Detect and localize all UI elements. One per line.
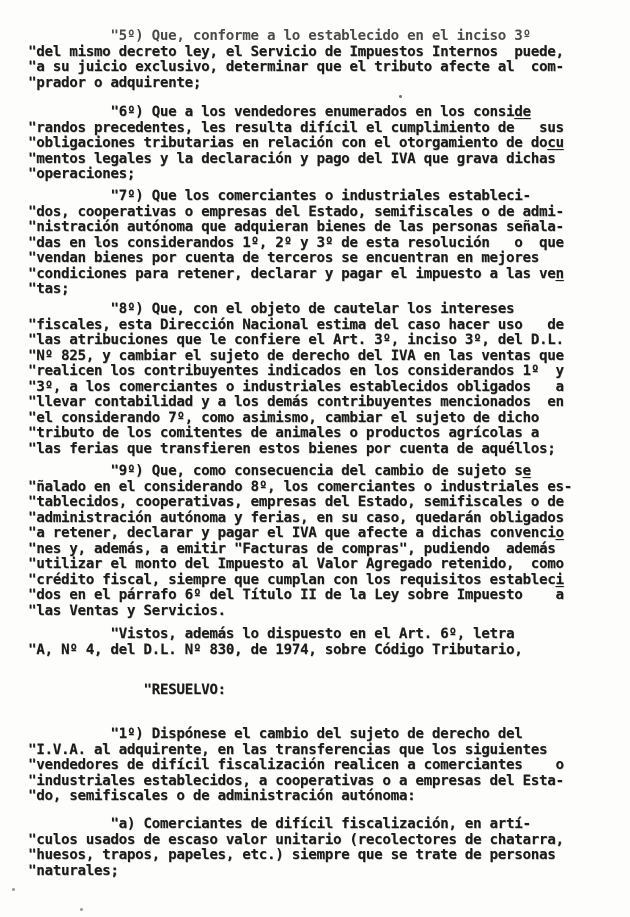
underlined-word-break: i [555, 572, 563, 588]
text-line: "las atribuciones que le confiere el Art… [28, 333, 630, 349]
underlined-word-break: n [555, 266, 563, 282]
text-line: "a su juicio exclusivo, determinar que e… [28, 60, 630, 76]
paragraph-resuelvo-heading: "RESUELVO: [28, 683, 630, 699]
scan-artifact [80, 908, 83, 911]
text-line: "huesos, trapos, papeles, etc.) siempre … [28, 848, 630, 864]
underlined-word-break: cu [547, 135, 563, 151]
paragraph-considerando-5: "5º) Que, conforme a lo establecido en e… [28, 29, 630, 91]
text-line: "do, semifiscales o de administración au… [28, 789, 630, 805]
text-line: "operaciones; [28, 167, 630, 183]
text-line: "a retener, declarar y pagar el IVA que … [28, 526, 630, 542]
text-line: "obligaciones tributarias en relación co… [28, 136, 630, 152]
paragraph-considerando-6: "6º) Que a los vendedores enumerados en … [28, 105, 630, 183]
paragraph-letra-a: "a) Comerciantes de difícil fiscalizació… [28, 817, 630, 879]
text-line: "randos precedentes, les resulta difícil… [28, 121, 630, 137]
text-line: "tas; [28, 282, 630, 298]
underlined-word-break: e [523, 463, 531, 479]
text-line: "3º, a los comerciantes o industriales e… [28, 380, 630, 396]
text-line: "das en los considerandos 1º, 2º y 3º de… [28, 236, 630, 252]
text-line: "mentos legales y la declaración y pago … [28, 152, 630, 168]
text-line: "I.V.A. al adquirente, en las transferen… [28, 743, 630, 759]
text-line: "condiciones para retener, declarar y pa… [28, 267, 630, 283]
text-line: "A, Nº 4, del D.L. Nº 830, de 1974, sobr… [28, 643, 630, 659]
text-line: "1º) Dispónese el cambio del sujeto de d… [28, 727, 630, 743]
text-line: "del mismo decreto ley, el Servicio de I… [28, 45, 630, 61]
text-line: "Nº 825, y cambiar el sujeto de derecho … [28, 349, 630, 365]
paragraph-considerando-7: "7º) Que los comerciantes o industriales… [28, 189, 630, 298]
text-line: "vendedores de difícil fiscalización rea… [28, 758, 630, 774]
text-line: "industriales establecidos, a cooperativ… [28, 774, 630, 790]
scanned-document-page: "5º) Que, conforme a lo establecido en e… [0, 0, 630, 917]
underlined-word-break: de [514, 104, 530, 120]
text-line: "llevar contabilidad y a los demás contr… [28, 395, 630, 411]
text-line: "las ferias que transfieren estos bienes… [28, 442, 630, 458]
text-line: "vendan bienes por cuenta de terceros se… [28, 251, 630, 267]
text-line: "5º) Que, conforme a lo establecido en e… [28, 29, 630, 45]
text-line: "nes y, además, a emitir "Facturas de co… [28, 542, 630, 558]
text-line: "realicen los contribuyentes indicados e… [28, 364, 630, 380]
text-line: "ñalado en el considerando 8º, los comer… [28, 480, 630, 496]
text-line: "7º) Que los comerciantes o industriales… [28, 189, 630, 205]
text-line: "dos, cooperativas o empresas del Estado… [28, 205, 630, 221]
text-line: "dos en el párrafo 6º del Título II de l… [28, 588, 630, 604]
scan-artifact [98, 241, 101, 244]
text-line: "Vistos, además lo dispuesto en el Art. … [28, 627, 630, 643]
paragraph-considerando-8: "8º) Que, con el objeto de cautelar los … [28, 302, 630, 457]
text-line: "nistración autónoma que adquieran biene… [28, 220, 630, 236]
text-line: "a) Comerciantes de difícil fiscalizació… [28, 817, 630, 833]
text-line: "las Ventas y Servicios. [28, 604, 630, 620]
text-line: "crédito fiscal, siempre que cumplan con… [28, 573, 630, 589]
paragraph-considerando-9: "9º) Que, como consecuencia del cambio d… [28, 464, 630, 619]
text-line: "culos usados de escaso valor unitario (… [28, 833, 630, 849]
scan-artifact [399, 95, 402, 98]
underlined-word-break: o [555, 525, 563, 541]
text-line: "el considerando 7º, como asimismo, camb… [28, 411, 630, 427]
text-line: "9º) Que, como consecuencia del cambio d… [28, 464, 630, 480]
paragraph-vistos: "Vistos, además lo dispuesto en el Art. … [28, 627, 630, 658]
text-line: "utilizar el monto del Impuesto al Valor… [28, 557, 630, 573]
text-line: "8º) Que, con el objeto de cautelar los … [28, 302, 630, 318]
text-line: "6º) Que a los vendedores enumerados en … [28, 105, 630, 121]
paragraph-resolutivo-1: "1º) Dispónese el cambio del sujeto de d… [28, 727, 630, 805]
text-line: "tributo de los comitentes de animales o… [28, 426, 630, 442]
text-line: "tablecidos, cooperativas, empresas del … [28, 495, 630, 511]
text-line: "prador o adquirente; [28, 76, 630, 92]
scan-artifact [12, 888, 15, 891]
text-line: "RESUELVO: [28, 683, 630, 699]
text-line: "fiscales, esta Dirección Nacional estim… [28, 318, 630, 334]
text-line: "administración autónoma y ferias, en su… [28, 511, 630, 527]
text-line: "naturales; [28, 864, 630, 880]
